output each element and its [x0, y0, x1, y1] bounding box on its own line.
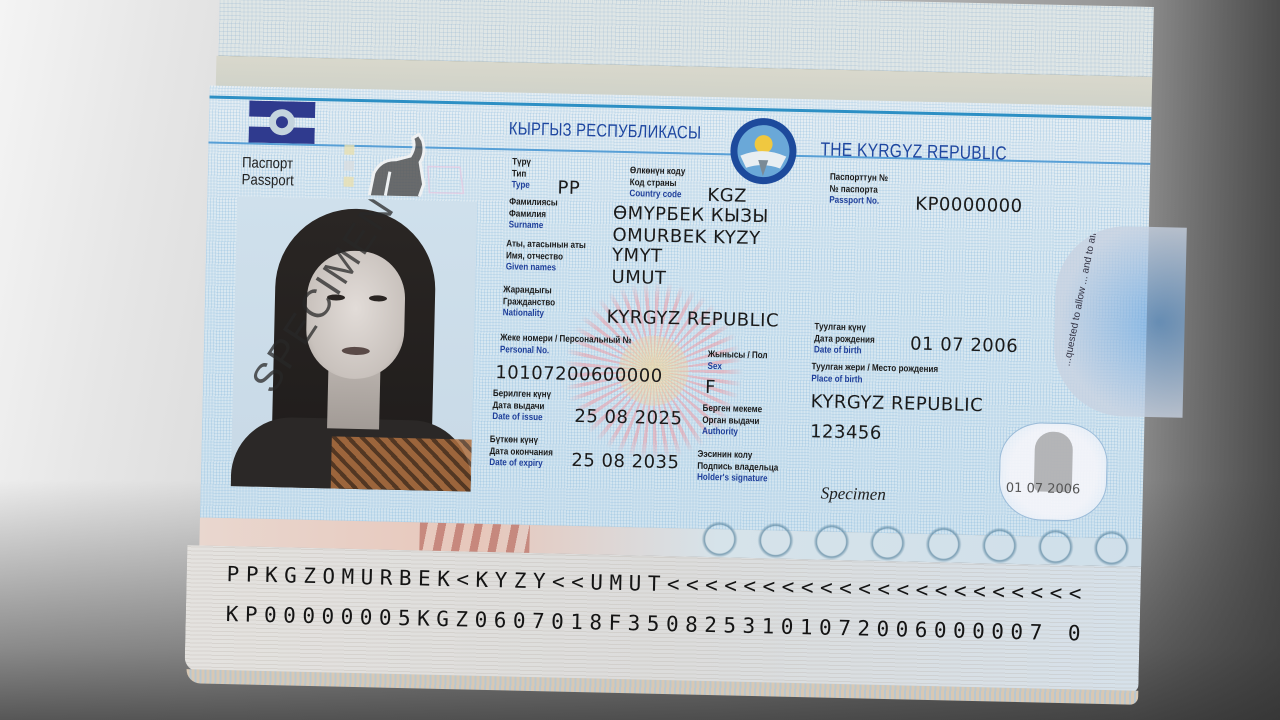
holder-signature: Specimen	[820, 484, 886, 505]
document-type-label: Паспорт Passport	[241, 154, 294, 189]
ovi-microtext: ...quested to allow ... and to afford ..…	[1062, 225, 1128, 367]
passport-booklet: Паспорт Passport КЫРГЫЗ РЕСПУБЛИКАСЫ THE…	[180, 0, 1154, 707]
holder-photo: SPECIMEN	[231, 196, 478, 491]
ghost-image: 01 07 2006	[998, 422, 1108, 522]
date-of-expiry-label: Бүткөн күнүДата окончанияDate of expiry	[489, 434, 553, 470]
nationality-label: ЖарандыгыГражданствоNationality	[503, 284, 556, 320]
document-type-en: Passport	[241, 171, 293, 189]
state-emblem-icon	[728, 115, 800, 187]
mrz-line-2: KP00000005KGZ0607018F3508253101072006000…	[226, 602, 1088, 646]
given-names-label: Аты, атасынын атыИмя, отчествоGiven name…	[506, 238, 586, 274]
nationality-value: KYRGYZ REPUBLIC	[606, 307, 779, 332]
ghost-image-date: 01 07 2006	[1006, 481, 1081, 498]
given-names-latin-value: UMUT	[611, 267, 666, 289]
epassport-chip-icon	[249, 100, 316, 143]
personal-no-label: Жеке номери / Персональный №Personal No.	[500, 332, 632, 358]
place-of-birth-value: KYRGYZ REPUBLIC	[811, 391, 984, 416]
date-of-issue-label: Берилген күнүДата выдачиDate of issue	[492, 388, 551, 424]
ovi-security-disc: ...quested to allow ... and to afford ..…	[1053, 225, 1187, 418]
type-value: PP	[557, 177, 580, 199]
document-type-ky: Паспорт	[242, 154, 294, 172]
machine-readable-zone: PPKGZOMURBEK<KYZY<<UMUT<<<<<<<<<<<<<<<<<…	[184, 545, 1141, 693]
passport-no-label: Паспорттун №№ паспортаPassport No.	[829, 172, 888, 208]
date-of-issue-value: 25 08 2025	[574, 406, 683, 429]
issuer-name-ky: КЫРГЫЗ РЕСПУБЛИКАСЫ	[509, 118, 702, 143]
mrz-line-1: PPKGZOMURBEK<KYZY<<UMUT<<<<<<<<<<<<<<<<<…	[226, 562, 1088, 606]
country-code-label: Өлкөнүн кодуКод страныCountry code	[629, 165, 685, 201]
authority-value: 123456	[810, 421, 882, 444]
date-of-expiry-value: 25 08 2035	[571, 450, 680, 473]
signature-label: Ээсинин колуПодпись владельцаHolder's si…	[697, 449, 779, 485]
data-page: Паспорт Passport КЫРГЫЗ РЕСПУБЛИКАСЫ THE…	[200, 86, 1152, 539]
personal-no-value: 10107200600000	[495, 362, 663, 387]
country-code-value: KGZ	[707, 185, 747, 207]
horseman-hologram-icon	[339, 125, 471, 208]
surname-cyrillic-value: ӨМҮРБЕК КЫЗЫ	[613, 203, 769, 228]
passport-no-value: KP0000000	[915, 194, 1023, 217]
date-of-birth-value: 01 07 2006	[910, 334, 1019, 357]
authority-label: Берген мекемеОрган выдачиAuthority	[702, 403, 762, 439]
surname-label: ФамилиясыФамилияSurname	[509, 196, 558, 232]
sex-value: F	[705, 377, 716, 398]
place-of-birth-label: Туулган жери / Место рожденияPlace of bi…	[811, 361, 938, 387]
issuer-name-en: THE KYRGYZ REPUBLIC	[820, 139, 1007, 165]
sex-label: Жынысы / ПолSex	[707, 349, 767, 373]
given-names-cyrillic-value: ҮМҮТ	[612, 245, 663, 267]
date-of-birth-label: Туулган күнүДата рожденияDate of birth	[814, 321, 875, 357]
type-label: ТүрүТипType	[511, 156, 531, 191]
